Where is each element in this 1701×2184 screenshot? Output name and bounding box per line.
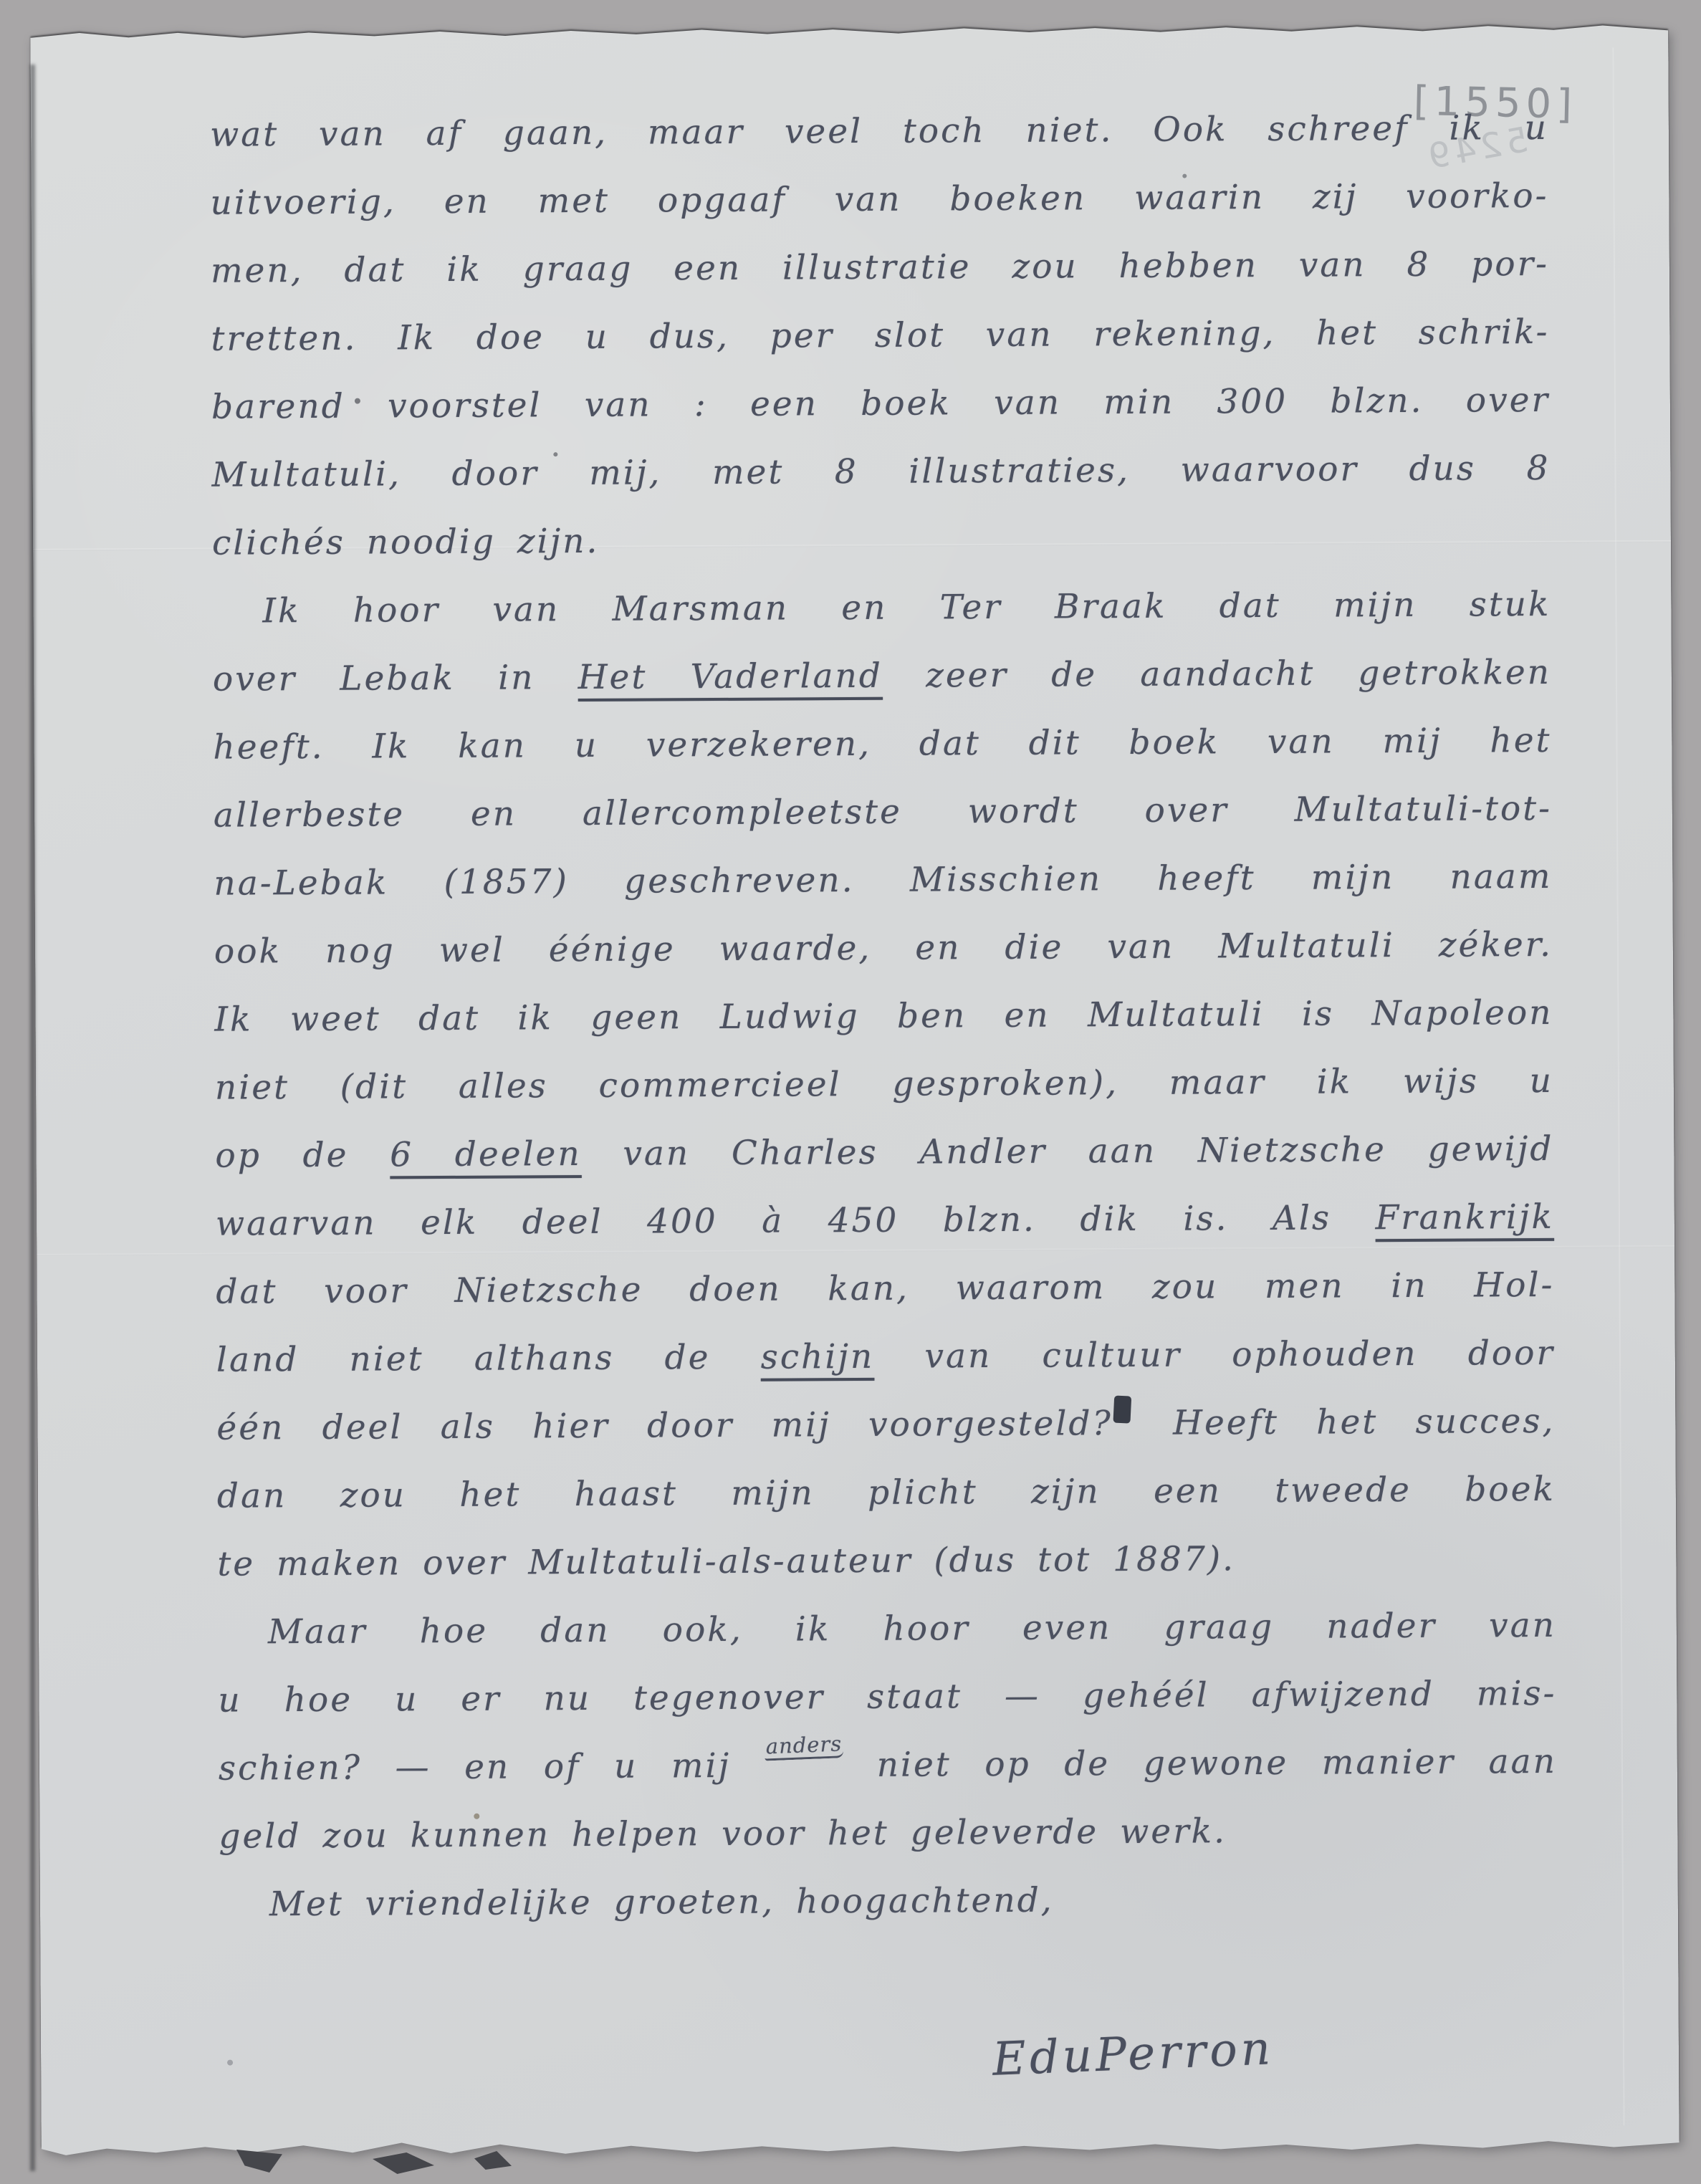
letter-line: ook nog wel éénige waarde, en die van Mu…	[214, 911, 1553, 986]
letter-line: over Lebak in Het Vaderland zeer de aand…	[213, 638, 1551, 714]
letter-line: allerbeste en allercompleetste wordt ove…	[214, 775, 1552, 850]
ink-blot	[1113, 1396, 1132, 1424]
letter-text: één deel als hier door mij voorgesteld?	[216, 1404, 1113, 1448]
letter-text: ook nog wel éénige waarde, en die van Mu…	[214, 925, 1553, 972]
letter-line: schien? — en of u mij anders niet op de …	[219, 1728, 1557, 1803]
letter-line: men, dat ik graag een illustratie zou he…	[211, 230, 1549, 305]
inserted-word: anders	[764, 1731, 844, 1761]
letter-text: u hoe u er nu tegenover staat — gehéél a…	[218, 1674, 1556, 1720]
letter-text: barend voorstel van : een boek van min 3…	[211, 380, 1550, 427]
letter-text: Heeft het succes,	[1136, 1402, 1556, 1443]
letter-text: Ik hoor van Marsman en Ter Braak dat mij…	[262, 585, 1551, 631]
letter-text: na-Lebak (1857) geschreven. Misschien he…	[214, 857, 1552, 904]
letter-line: waarvan elk deel 400 à 450 blzn. dik is.…	[216, 1183, 1554, 1258]
underlined-text: Frankrijk	[1375, 1197, 1554, 1237]
signature: EduPerron	[991, 2006, 1275, 2103]
letter-text: over Lebak in	[213, 658, 578, 699]
letter-line: barend voorstel van : een boek van min 3…	[211, 366, 1550, 441]
letter-line: wat van af gaan, maar veel toch niet. Oo…	[210, 94, 1548, 169]
letter-text: dat voor Nietzsche doen kan, waarom zou …	[216, 1265, 1554, 1312]
letter-text: schien? — en of u mij	[219, 1746, 765, 1788]
left-scan-edge	[30, 64, 35, 2171]
letter-line: heeft. Ik kan u verzekeren, dat dit boek…	[213, 707, 1551, 782]
letter-line: land niet althans de schijn van cultuur …	[216, 1319, 1555, 1394]
letter-text: niet (dit alles commercieel gesproken), …	[215, 1061, 1553, 1108]
letter-text: Maar hoe dan ook, ik hoor even graag nad…	[268, 1606, 1556, 1652]
letter-line: niet (dit alles commercieel gesproken), …	[215, 1047, 1553, 1122]
letter-line: na-Lebak (1857) geschreven. Misschien he…	[214, 843, 1552, 918]
letter-text: men, dat ik graag een illustratie zou he…	[211, 244, 1549, 291]
letter-line: te maken over Multatuli-als-auteur (dus …	[217, 1523, 1556, 1599]
letter-line: op de 6 deelen van Charles Andler aan Ni…	[215, 1115, 1553, 1190]
letter-text: wat van af gaan, maar veel toch niet. Oo…	[210, 108, 1548, 155]
letter-line: Multatuli, door mij, met 8 illustraties,…	[211, 434, 1550, 509]
letter-line: Maar hoe dan ook, ik hoor even graag nad…	[218, 1591, 1556, 1667]
letter-text: Ik weet dat ik geen Ludwig ben en Multat…	[214, 993, 1553, 1040]
letter-line: geld zou kunnen helpen voor het geleverd…	[219, 1796, 1557, 1871]
letter-text: geld zou kunnen helpen voor het geleverd…	[219, 1811, 1227, 1856]
letter-line: Met vriendelijke groeten, hoogachtend,	[219, 1864, 1558, 1939]
paper-sheet: [1550] 5249 wat van af gaan, maar veel t…	[30, 19, 1680, 2164]
letter-text: van cultuur ophouden door	[874, 1333, 1555, 1376]
letter-line: Ik weet dat ik geen Ludwig ben en Multat…	[214, 979, 1553, 1054]
scan-page: { "annotations": { "catalog_number": "[1…	[0, 0, 1701, 2184]
letter-line: dat voor Nietzsche doen kan, waarom zou …	[216, 1251, 1554, 1326]
letter-text: te maken over Multatuli-als-auteur (dus …	[217, 1539, 1235, 1584]
letter-line: u hoe u er nu tegenover staat — gehéél a…	[218, 1659, 1556, 1735]
letter-text: allerbeste en allercompleetste wordt ove…	[214, 789, 1552, 835]
letter-text: clichés noodig zijn.	[212, 522, 600, 563]
letter-text: dan zou het haast mijn plicht zijn een t…	[217, 1470, 1556, 1516]
underlined-text: schijn	[761, 1337, 875, 1377]
letter-text: van Charles Andler aan Nietzsche gewijd	[582, 1129, 1554, 1174]
underlined-text: Het Vaderland	[578, 656, 883, 697]
letter-line: Ik hoor van Marsman en Ter Braak dat mij…	[212, 570, 1551, 646]
letter-line: clichés noodig zijn.	[212, 502, 1551, 578]
letter-text: zeer de aandacht getrokken	[883, 653, 1551, 696]
letter-text: land niet althans de	[216, 1338, 761, 1380]
underlined-text: 6 deelen	[390, 1134, 582, 1174]
letter-line: dan zou het haast mijn plicht zijn een t…	[217, 1455, 1556, 1531]
letter-line: uitvoerig, en met opgaaf van boeken waar…	[210, 162, 1548, 237]
letter-text: niet op de gewone manier aan	[843, 1742, 1557, 1785]
letter-text: uitvoerig, en met opgaaf van boeken waar…	[210, 176, 1548, 223]
letter-line: één deel als hier door mij voorgesteld? …	[216, 1387, 1555, 1462]
letter-text: heeft. Ik kan u verzekeren, dat dit boek…	[213, 721, 1551, 767]
letter-body: wat van af gaan, maar veel toch niet. Oo…	[210, 94, 1559, 2131]
vertical-crease	[1612, 47, 1624, 2125]
signature-line: EduPerron	[220, 2009, 1559, 2131]
letter-text: Met vriendelijke groeten, hoogachtend,	[269, 1881, 1054, 1925]
paper-specks	[30, 27, 33, 30]
paper-wrap: [1550] 5249 wat van af gaan, maar veel t…	[0, 0, 1701, 2184]
letter-text: tretten. Ik doe u dus, per slot van reke…	[211, 312, 1549, 359]
letter-text: Multatuli, door mij, met 8 illustraties,…	[211, 449, 1550, 495]
letter-text: waarvan elk deel 400 à 450 blzn. dik is.…	[216, 1198, 1376, 1243]
letter-line: tretten. Ik doe u dus, per slot van reke…	[211, 298, 1549, 373]
letter-text: op de	[215, 1135, 390, 1175]
